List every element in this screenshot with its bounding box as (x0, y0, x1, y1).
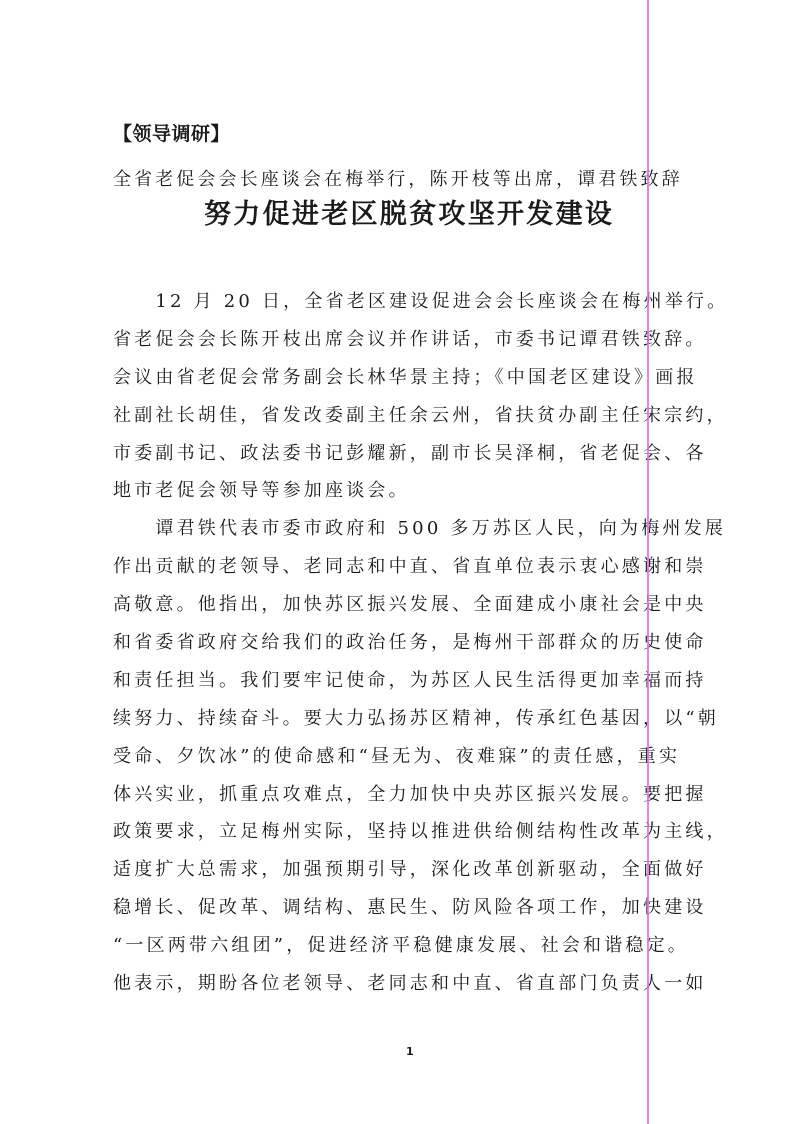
body-line: 体兴实业，抓重点攻难点，全力加快中央苏区振兴发展。要把握 (113, 776, 713, 814)
body-line: 受命、夕饮冰”的使命感和“昼无为、夜难寐”的责任感，重实 (113, 738, 713, 776)
page-number: 1 (406, 1044, 414, 1060)
body-line: 适度扩大总需求，加强预期引导，深化改革创新驱动，全面做好 (113, 851, 713, 889)
body-line: 高敬意。他指出，加快苏区振兴发展、全面建成小康社会是中央 (113, 586, 713, 624)
body-line: 12 月 20 日，全省老区建设促进会会长座谈会在梅州举行。 (113, 283, 713, 321)
margin-guide-line (647, 0, 649, 1124)
body-line: 和省委省政府交给我们的政治任务，是梅州干部群众的历史使命 (113, 624, 713, 662)
body-line: 和责任担当。我们要牢记使命，为苏区人民生活得更加幸福而持 (113, 662, 713, 700)
body-line: 省老促会会长陈开枝出席会议并作讲话，市委书记谭君铁致辞。 (113, 321, 713, 359)
body-line: 作出贡献的老领导、老同志和中直、省直单位表示衷心感谢和崇 (113, 548, 713, 586)
article-body: 12 月 20 日，全省老区建设促进会会长座谈会在梅州举行。 省老促会会长陈开枝… (113, 283, 713, 1003)
document-page: 【领导调研】 全省老促会会长座谈会在梅举行，陈开枝等出席，谭君铁致辞 努力促进老… (0, 0, 796, 1124)
body-line: “一区两带六组团”，促进经济平稳健康发展、社会和谐稳定。 (113, 927, 713, 965)
body-line: 稳增长、促改革、调结构、惠民生、防风险各项工作，加快建设 (113, 889, 713, 927)
body-line: 续努力、持续奋斗。要大力弘扬苏区精神，传承红色基因，以“朝 (113, 700, 713, 738)
body-line: 谭君铁代表市委市政府和 500 多万苏区人民，向为梅州发展 (113, 510, 713, 548)
body-line: 市委副书记、政法委书记彭耀新，副市长吴泽桐，省老促会、各 (113, 435, 713, 473)
body-line: 他表示，期盼各位老领导、老同志和中直、省直部门负责人一如 (113, 965, 713, 1003)
column-tag: 【领导调研】 (113, 121, 230, 147)
body-line: 会议由省老促会常务副会长林华景主持；《中国老区建设》画报 (113, 359, 713, 397)
article-subtitle: 全省老促会会长座谈会在梅举行，陈开枝等出席，谭君铁致辞 (113, 167, 683, 193)
body-line: 政策要求，立足梅州实际，坚持以推进供给侧结构性改革为主线， (113, 813, 713, 851)
article-title: 努力促进老区脱贫攻坚开发建设 (204, 196, 614, 234)
body-line: 地市老促会领导等参加座谈会。 (113, 472, 713, 510)
body-line: 社副社长胡佳，省发改委副主任余云州，省扶贫办副主任宋宗约， (113, 397, 713, 435)
